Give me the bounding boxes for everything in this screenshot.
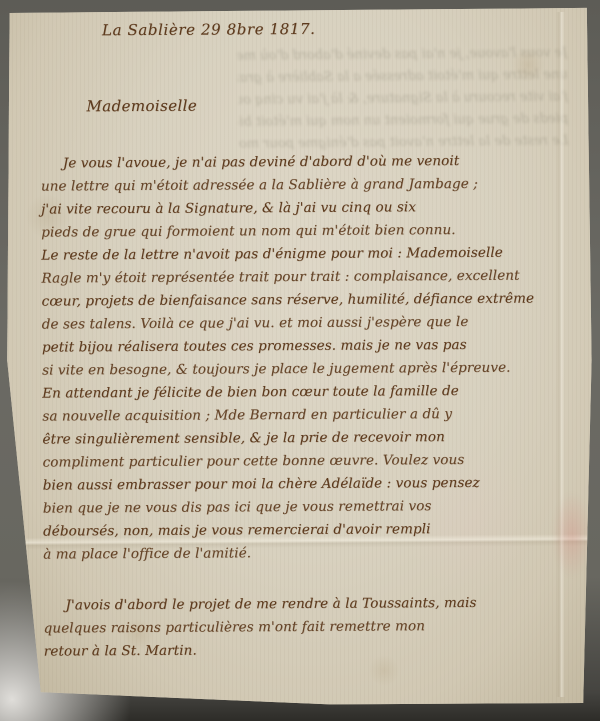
- handwritten-line: petit bijou réalisera toutes ces promess…: [42, 333, 570, 359]
- letter-closing-paragraph: J'avois d'abord le projet de me rendre à…: [43, 591, 571, 663]
- letter-photograph: Je vous l'avoue, je n'ai pas deviné d'ab…: [0, 0, 600, 721]
- handwritten-line: compliment particulier pour cette bonne …: [43, 448, 571, 474]
- handwritten-line: En attendant je félicite de bien bon cœu…: [42, 379, 570, 405]
- handwritten-line: être singulièrement sensible, & je la pr…: [42, 425, 570, 451]
- handwritten-line: à ma place l'office de l'amitié.: [43, 540, 571, 566]
- handwritten-line: cœur, projets de bienfaisance sans réser…: [42, 287, 570, 313]
- handwritten-line: Je vous l'avoue, je n'ai pas deviné d'ab…: [41, 149, 569, 175]
- handwritten-line: Le reste de la lettre n'avoit pas d'énig…: [41, 241, 569, 267]
- handwritten-line: une lettre qui m'étoit adressée a la Sab…: [41, 172, 569, 198]
- letter-dateline: La Sablière 29 8bre 1817.: [102, 20, 316, 39]
- handwritten-line: bien aussi embrasser pour moi la chère A…: [43, 471, 571, 497]
- handwritten-line: si vite en besogne, & toujours je place …: [42, 356, 570, 382]
- handwritten-line: déboursés, non, mais je vous remercierai…: [43, 517, 571, 543]
- handwritten-line: Ragle m'y étoit représentée trait pour t…: [41, 264, 569, 290]
- handwritten-line: j'ai vite recouru à la Signature, & là j…: [41, 195, 569, 221]
- handwritten-line: pieds de grue qui formoient un nom qui m…: [41, 218, 569, 244]
- letter-sheet: Je vous l'avoue, je n'ai pas deviné d'ab…: [0, 0, 600, 721]
- letter-salutation: Mademoiselle: [86, 97, 197, 116]
- handwritten-line: retour à la St. Martin.: [44, 637, 572, 663]
- handwritten-line: de ses talens. Voilà ce que j'ai vu. et …: [42, 310, 570, 336]
- letter-text: La Sablière 29 8bre 1817. Mademoiselle J…: [0, 0, 600, 721]
- letter-body: Je vous l'avoue, je n'ai pas deviné d'ab…: [41, 149, 572, 566]
- handwritten-line: bien que je ne vous dis pas ici que je v…: [43, 494, 571, 520]
- handwritten-line: sa nouvelle acquisition ; Mde Bernard en…: [42, 402, 570, 428]
- handwritten-line: J'avois d'abord le projet de me rendre à…: [43, 591, 571, 617]
- handwritten-line: quelques raisons particulières m'ont fai…: [44, 614, 572, 640]
